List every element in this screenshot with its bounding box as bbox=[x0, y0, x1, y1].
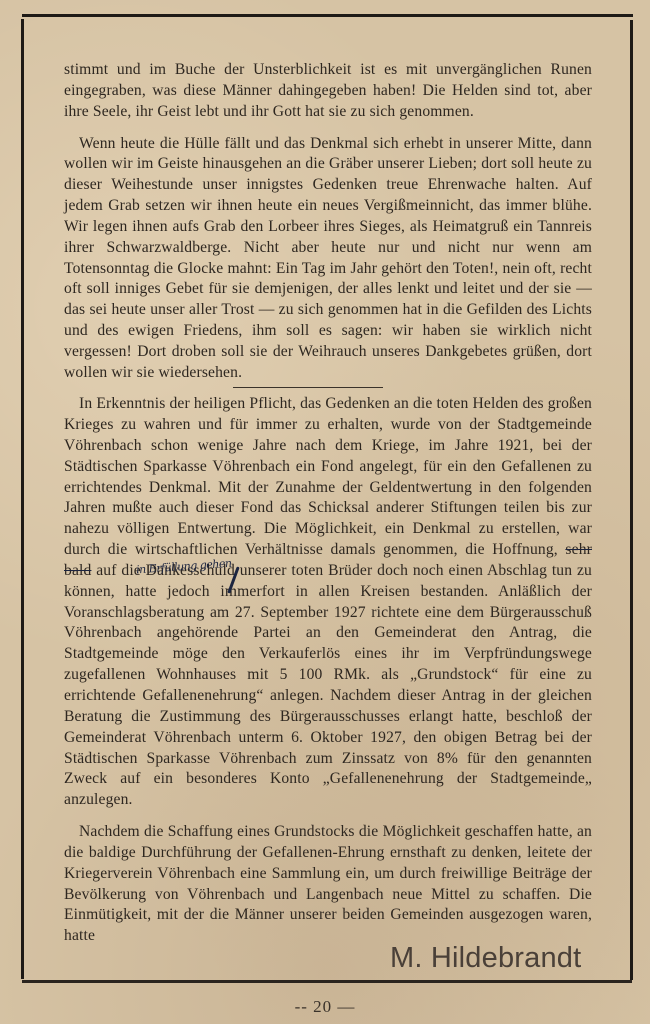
frame-top-rule bbox=[22, 14, 633, 17]
page-number: -- 20 — bbox=[0, 997, 650, 1017]
watermark: M. Hildebrandt bbox=[390, 942, 581, 975]
frame-bottom-rule bbox=[22, 980, 632, 983]
paragraph-3-text-b: auf die Dankesschuld unserer toten Brüde… bbox=[64, 562, 592, 808]
paragraph-3: In Erkenntnis der heiligen Pflicht, das … bbox=[64, 394, 592, 811]
paragraph-4: Nachdem die Schaffung eines Grundstocks … bbox=[64, 822, 592, 947]
frame-left-rule bbox=[21, 19, 24, 979]
paragraph-3-text-a: In Erkenntnis der heiligen Pflicht, das … bbox=[64, 395, 592, 558]
paragraph-1: stimmt und im Buche der Unsterblichkeit … bbox=[64, 60, 592, 123]
section-divider bbox=[233, 387, 383, 389]
frame-right-rule bbox=[630, 20, 633, 980]
document-body: stimmt und im Buche der Unsterblichkeit … bbox=[64, 60, 592, 947]
paragraph-2: Wenn heute die Hülle fällt und das Denkm… bbox=[64, 134, 592, 384]
